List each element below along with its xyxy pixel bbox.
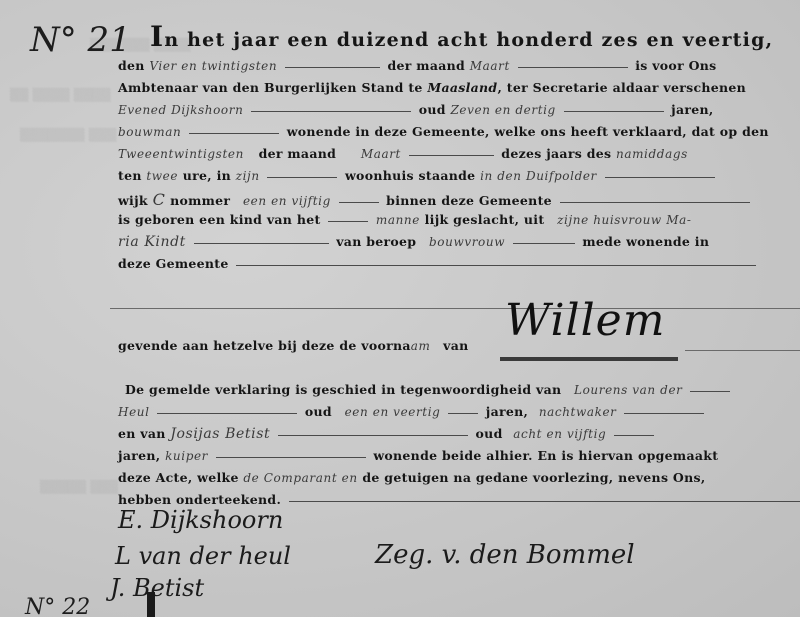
fill-line	[560, 201, 750, 203]
record-line: is geboren een kind van het manne lijk g…	[118, 212, 692, 227]
record-line: jaren, kuiper wonende beide alhier. En i…	[118, 448, 718, 463]
handwritten-age: Zeven en dertig	[450, 103, 555, 117]
handwritten-month: Maart	[361, 147, 401, 161]
handwritten-time-of-day: namiddags	[616, 147, 688, 161]
handwritten-witness2-age: acht en vijftig	[513, 427, 606, 441]
fill-line	[339, 201, 379, 203]
static-text: jaren,	[118, 448, 160, 463]
next-record-number: N° 22	[25, 595, 90, 617]
fill-line	[157, 412, 297, 414]
static-text: wonende in deze Gemeente, welke ons heef…	[287, 124, 769, 139]
static-text: deze Gemeente	[118, 256, 229, 271]
fill-line	[285, 66, 380, 68]
handwritten-day: Vier en twintigsten	[149, 59, 277, 73]
handwritten-declarant: Evened Dijkshoorn	[118, 103, 243, 117]
fill-line	[289, 500, 800, 502]
fill-line	[267, 176, 337, 178]
handwritten-hour: twee	[146, 169, 178, 183]
static-text: oud	[476, 426, 503, 441]
handwritten-witness2-occupation: kuiper	[165, 449, 208, 463]
handwritten-possessive: zijn	[236, 169, 260, 183]
child-given-name: Willem	[505, 295, 665, 346]
static-text: oud	[419, 102, 446, 117]
static-text: wijk	[118, 193, 148, 208]
fill-line	[328, 220, 368, 222]
heading-text: n het jaar een duizend acht honderd zes …	[164, 29, 773, 51]
static-text: Ambtenaar van den Burgerlijken Stand te	[118, 80, 423, 95]
record-line: Ambtenaar van den Burgerlijken Stand te …	[118, 80, 746, 95]
static-text: wonende beide alhier. En is hiervan opge…	[373, 448, 718, 463]
fill-line	[278, 434, 468, 436]
handwritten-day: Tweeentwintigsten	[118, 147, 244, 161]
static-text: is geboren een kind van het	[118, 212, 321, 227]
static-text: hebben onderteekend.	[118, 492, 281, 507]
handwritten-location: in den Duifpolder	[480, 169, 597, 183]
fill-line	[251, 110, 411, 112]
static-text: nommer	[170, 193, 230, 208]
fill-line	[518, 66, 628, 68]
static-text: De gemelde verklaring is geschied in teg…	[125, 382, 561, 397]
handwritten-witness1-occupation: nachtwaker	[539, 405, 617, 419]
static-text: , ter Secretarie aldaar verschenen	[497, 80, 746, 95]
handwritten-month: Maart	[470, 59, 510, 73]
record-line: ria Kindt van beroep bouwvrouw mede wone…	[118, 234, 709, 250]
static-text: woonhuis staande	[345, 168, 475, 183]
place-name: Maasland	[427, 80, 497, 95]
static-text: ten	[118, 168, 142, 183]
fill-line	[690, 390, 730, 392]
fill-line	[448, 412, 478, 414]
static-text: dezes jaars des	[501, 146, 611, 161]
fill-line	[614, 434, 654, 436]
static-text: lijk geslacht, uit	[425, 212, 545, 227]
static-text: ure, in	[183, 168, 231, 183]
handwritten-witness1-age: een en veertig	[345, 405, 441, 419]
handwritten-signatories: de Comparant en	[243, 471, 357, 485]
handwritten-sex: manne	[376, 213, 420, 227]
signature-official: Zeg. v. den Bommel	[375, 540, 635, 570]
static-text: binnen deze Gemeente	[386, 193, 552, 208]
record-line: en van Josijas Betist oud acht en vijfti…	[118, 426, 657, 442]
record-line: wijk C nommer een en vijftig binnen deze…	[118, 190, 753, 209]
static-text: der maand	[259, 146, 337, 161]
fill-line	[194, 242, 329, 244]
fill-line	[513, 242, 575, 244]
fill-line	[564, 110, 664, 112]
record-line: hebben onderteekend.	[118, 492, 800, 507]
static-text: der maand	[387, 58, 465, 73]
handwritten-house-number: een en vijftig	[243, 194, 331, 208]
static-text: den	[118, 58, 145, 73]
signature-declarant: E. Dijkshoorn	[118, 506, 283, 534]
static-text: van	[443, 338, 468, 353]
name-underline	[500, 357, 678, 361]
record-line: Tweeentwintigsten der maand Maart dezes …	[118, 146, 688, 161]
static-text: van beroep	[336, 234, 416, 249]
record-line: deze Acte, welke de Comparant en de getu…	[118, 470, 706, 485]
record-line: gevende aan hetzelve bij deze de voornaa…	[118, 338, 469, 353]
static-text: de getuigen na gedane voorlezing, nevens…	[362, 470, 705, 485]
fill-line	[216, 456, 366, 458]
handwritten-ward: C	[153, 190, 166, 209]
fill-line	[624, 412, 704, 414]
bleed-through-text: ▒▒▒▒▒▒▒ ▒▒▒	[20, 128, 116, 142]
next-record-initial	[147, 592, 155, 617]
record-line: De gemelde verklaring is geschied in teg…	[125, 382, 733, 397]
handwritten-correction: am	[411, 339, 431, 353]
record-line: deze Gemeente	[118, 256, 759, 271]
bleed-through-text: ▒▒ ▒▒▒▒ ▒▒▒▒	[10, 88, 111, 102]
fill-line	[605, 176, 715, 178]
static-text: en van	[118, 426, 166, 441]
static-text: deze Acte, welke	[118, 470, 239, 485]
signature-witness1: L van der heul	[115, 542, 291, 570]
handwritten-witness2: Josijas Betist	[170, 426, 270, 442]
static-text: oud	[305, 404, 332, 419]
fill-line	[189, 132, 279, 134]
record-heading: In het jaar een duizend acht honderd zes…	[150, 20, 773, 53]
handwritten-witness1: Lourens van der	[574, 383, 682, 397]
record-line: ten twee ure, in zijn woonhuis staande i…	[118, 168, 718, 183]
heading-initial: I	[150, 20, 164, 53]
signature-witness2: J. Betist	[110, 574, 204, 602]
record-number: N° 21	[30, 20, 131, 60]
fill-line	[236, 264, 756, 266]
bleed-through-text: ▒▒▒▒▒ ▒▒▒	[40, 480, 118, 494]
static-text: is voor Ons	[635, 58, 716, 73]
record-line: Heul oud een en veertig jaren, nachtwake…	[118, 404, 707, 419]
static-text: gevende aan hetzelve bij deze de voorna	[118, 338, 411, 353]
static-text: jaren,	[671, 102, 713, 117]
record-line: den Vier en twintigsten der maand Maart …	[118, 58, 717, 73]
record-line: bouwman wonende in deze Gemeente, welke …	[118, 124, 769, 139]
fill-line	[685, 350, 800, 351]
handwritten-mother-occupation: bouwvrouw	[429, 235, 505, 249]
handwritten-mother: zijne huisvrouw Ma-	[557, 213, 691, 227]
fill-line	[409, 154, 494, 156]
scanned-register-page: ▒▒▒ ▒▒▒ ▒▒▒▒ ▒▒ ▒▒▒▒ ▒▒▒▒ ▒▒▒▒▒▒▒ ▒▒▒ ▒▒…	[0, 0, 800, 617]
record-line: Evened Dijkshoorn oud Zeven en dertig ja…	[118, 102, 714, 117]
handwritten-witness1-surname: Heul	[118, 405, 150, 419]
blank-rule	[110, 308, 800, 309]
static-text: mede wonende in	[582, 234, 709, 249]
static-text: jaren,	[486, 404, 528, 419]
handwritten-occupation: bouwman	[118, 125, 181, 139]
handwritten-mother-surname: ria Kindt	[118, 234, 186, 250]
